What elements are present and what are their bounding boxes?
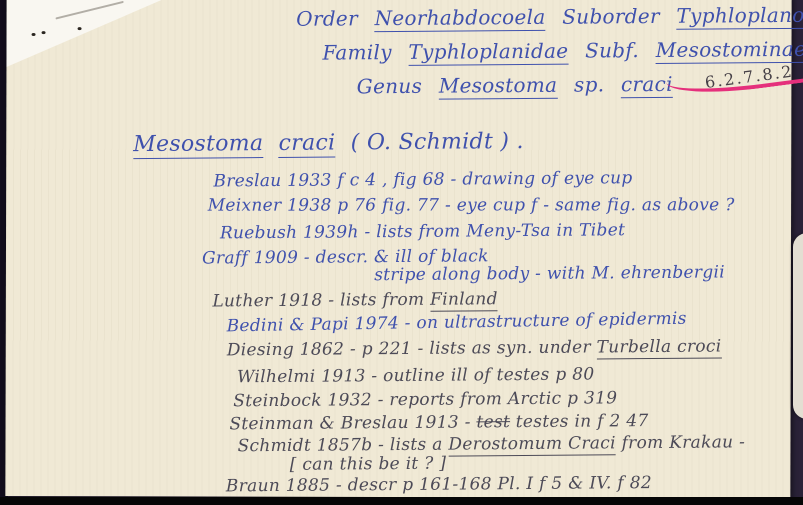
subfamily-value: Mesostominae — [656, 37, 803, 64]
reference-line: [ can this be it ? ] — [290, 454, 447, 475]
reference-line: Bedini & Papi 1974 - on ultrastructure o… — [226, 309, 686, 337]
reference-line: Steinman & Breslau 1913 - test testes in… — [229, 411, 648, 434]
reference-text: Ruebush 1939h - lists from Meny-Tsa in T… — [220, 220, 625, 243]
photo-background: Order Neorhabdocoela Suborder Typhloplan… — [0, 0, 803, 505]
reference-line: Schmidt 1857b - lists a Derostomum Craci… — [237, 432, 745, 456]
reference-text: Braun 1885 - descr p 161-168 Pl. I f 5 &… — [226, 473, 652, 496]
family-label: Family — [322, 40, 391, 65]
reference-text: Meixner 1938 p 76 fig. 77 - eye cup f - … — [208, 195, 735, 215]
title-authority: ( O. Schmidt ) . — [351, 129, 524, 155]
reference-line: Breslau 1933 f c 4 , fig 68 - drawing of… — [213, 168, 632, 191]
species-value: craci — [621, 72, 673, 98]
struck-text: test — [476, 412, 510, 432]
reference-line: Wilhelmi 1913 - outline ill of testes p … — [237, 364, 595, 387]
reference-text: Wilhelmi 1913 - outline ill of testes p … — [237, 364, 595, 387]
subfamily-label: Subf. — [585, 38, 639, 62]
references-list: Breslau 1933 f c 4 , fig 68 - drawing of… — [195, 161, 803, 496]
reference-line: Ruebush 1939h - lists from Meny-Tsa in T… — [220, 220, 625, 243]
family-value: Typhloplanidae — [408, 39, 568, 66]
reference-line: Braun 1885 - descr p 161-168 Pl. I f 5 &… — [226, 473, 652, 496]
taxon-name: Finland — [430, 289, 498, 312]
order-value: Neorhabdocoela — [374, 5, 545, 32]
title-genus: Mesostoma — [133, 131, 263, 159]
genus-value: Mesostoma — [439, 73, 558, 100]
reference-line: Meixner 1938 p 76 fig. 77 - eye cup f - … — [208, 195, 735, 215]
taxonomy-line-order: Order Neorhabdocoela Suborder Typhloplan… — [296, 2, 803, 30]
background-bottom-edge — [0, 497, 803, 505]
reference-text: Steinbock 1932 - reports from Arctic p 3… — [233, 388, 617, 411]
reference-text: Bedini & Papi 1974 - on ultrastructure o… — [226, 309, 686, 337]
suborder-label: Suborder — [562, 4, 660, 29]
reference-line: Diesing 1862 - p 221 - lists as syn. und… — [227, 336, 722, 360]
card-content: Order Neorhabdocoela Suborder Typhloplan… — [4, 0, 793, 500]
reference-line: stripe along body - with M. ehrenbergii — [374, 262, 725, 285]
reference-line: Steinbock 1932 - reports from Arctic p 3… — [233, 388, 617, 411]
taxonomy-line-genus: Genus Mesostoma sp. craci — [357, 72, 683, 99]
reference-text: Luther 1918 - lists from — [212, 290, 430, 312]
species-label: sp. — [574, 72, 605, 96]
reference-text: testes in f 2 47 — [510, 411, 649, 432]
suborder-value: Typhloplanoida — [676, 3, 803, 30]
reference-text: [ can this be it ? ] — [290, 454, 447, 475]
reference-text: Steinman & Breslau 1913 - — [229, 412, 476, 434]
reference-line: Luther 1918 - lists from Finland — [212, 289, 498, 311]
taxon-name: Turbella croci — [597, 336, 722, 359]
title-species: craci — [279, 130, 336, 157]
genus-label: Genus — [357, 74, 423, 99]
card-title: Mesostoma craci ( O. Schmidt ) . — [133, 129, 524, 157]
reference-text: stripe along body - with M. ehrenbergii — [374, 262, 725, 285]
order-label: Order — [296, 6, 358, 30]
reference-text: Breslau 1933 f c 4 , fig 68 - drawing of… — [213, 168, 632, 191]
reference-text: Diesing 1862 - p 221 - lists as syn. und… — [227, 337, 597, 360]
taxonomy-line-family: Family Typhloplanidae Subf. Mesostominae — [322, 37, 803, 65]
index-card: Order Neorhabdocoela Suborder Typhloplan… — [5, 0, 791, 498]
card-behind-tab — [793, 233, 803, 419]
taxon-name: Derostomum Craci — [448, 433, 616, 456]
reference-text: from Krakau - — [616, 432, 745, 453]
